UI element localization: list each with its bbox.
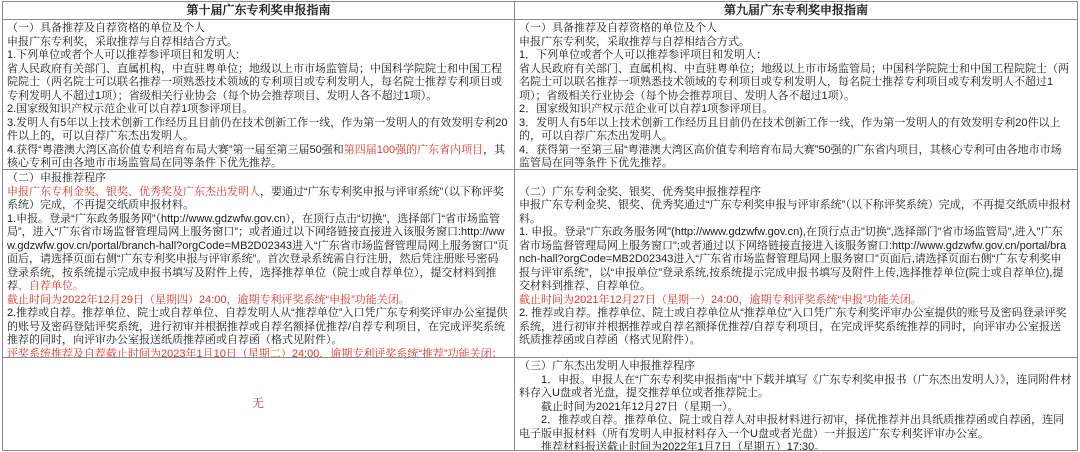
paragraph: 2. 推荐或自荐。推荐单位、院士或自荐单位从“推荐单位”入口凭广东专利奖评审办公… <box>519 307 1072 348</box>
body-text: 1.下列单位或者个人可以推荐参评项目和发明人: <box>7 49 239 61</box>
highlighted-text: 第四届100强的广东省内项目 <box>344 144 483 156</box>
paragraph <box>519 172 1072 186</box>
body-text: （二）申报推荐程序 <box>7 172 106 184</box>
body-text: 省人民政府有关部门、直属机构、中直驻粤单位；地级以上市市场监管局；中国科学院院士… <box>519 63 1069 102</box>
body-text: 4．获得第一至第三届“粤港澳大湾区高价值专利培育布局大赛”50强的广东省内项目，… <box>519 144 1062 170</box>
paragraph: 2.国家级知识产权示范企业可以自荐1项参评项目。 <box>7 103 509 117</box>
paragraph: 3．发明人有5年以上技术创新工作经历且目前仍在技术创新工作一线，作为第一发明人的… <box>519 117 1072 144</box>
paragraph: 申报广东专利金奖、银奖、优秀奖通过“广东专利奖申报与评审系统”（以下称评奖系统）… <box>519 199 1072 226</box>
comparison-table: 第十届广东专利奖申报指南 第九届广东专利奖申报指南 （一）具备推荐及自荐资格的单… <box>2 1 1078 451</box>
body-text: 4.获得“粤港澳大湾区高价值专利培育布局大赛”第一届至第三届50强和 <box>7 144 344 156</box>
paragraph: 推荐材料报送截止时间为2022年1月7日（星期五）17:30。 <box>519 441 1072 450</box>
paragraph: 4．获得第一至第三届“粤港澳大湾区高价值专利培育布局大赛”50强的广东省内项目，… <box>519 144 1072 170</box>
paragraph: 1.下列单位或者个人可以推荐参评项目和发明人: <box>7 49 509 63</box>
paragraph: 截止时间为2021年12月27日（星期一）。 <box>519 401 1072 415</box>
paragraph: 4.获得“粤港澳大湾区高价值专利培育布局大赛”第一届至第三届50强和第四届100… <box>7 144 509 170</box>
paragraph: 1.申报。登录“广东政务服务网”（http://www.gdzwfw.gov.c… <box>7 213 509 294</box>
body-text: （一）具备推荐及自荐资格的单位及个人 <box>519 22 717 34</box>
body-text: 省人民政府有关部门、直属机构，中直驻粤单位；地级以上市市场监管局；中国科学院院士… <box>7 63 502 102</box>
body-text: 1. 申报。登录"广东政务服务网"(http://www.gdzwfw.gov.… <box>519 226 1066 292</box>
paragraph: 1．申报。申报人在“广东专利奖申报指南”中下载并填写《广东专利奖申报书（广东杰出… <box>519 374 1072 401</box>
highlighted-text: 申报广东专利金奖、银奖、优秀奖及广东杰出发明人 <box>7 186 260 198</box>
highlighted-text: 评奖系统推荐及自荐截止时间为2023年1月10日（星期二）24:00，逾期专利评… <box>7 348 503 358</box>
paragraph: 无 <box>252 397 264 411</box>
paragraph: 2.推荐或自荐。推荐单位、院士或自荐单位、自荐发明人从“推荐单位”入口凭广东专利… <box>7 307 509 348</box>
body-text: （一）具备推荐及自荐资格的单位及个人 <box>7 22 205 34</box>
paragraph: 1．下列单位或者个人可以推荐参评项目和发明人： <box>519 49 1072 63</box>
left-section-inventor-procedure-empty: 无 <box>3 357 514 450</box>
body-text: 3．发明人有5年以上技术创新工作经历且目前仍在技术创新工作一线，作为第一发明人的… <box>519 117 1060 143</box>
right-section-inventor-procedure: （三）广东杰出发明人申报推荐程序1．申报。申报人在“广东专利奖申报指南”中下载并… <box>514 357 1077 450</box>
paragraph: 2．国家级知识产权示范企业可以自荐1项参评项目。 <box>519 103 1072 117</box>
paragraph: 1. 申报。登录"广东政务服务网"(http://www.gdzwfw.gov.… <box>519 226 1072 294</box>
paragraph: 3.发明人有5年以上技术创新工作经历且目前仍在技术创新工作一线，作为第一发明人的… <box>7 117 509 144</box>
body-text: 截止时间为2021年12月27日（星期一）。 <box>541 401 738 413</box>
body-text: （二）广东专利金奖、银奖、优秀奖申报推荐程序 <box>519 186 761 198</box>
body-text: 申报广东专利金奖、银奖、优秀奖通过“广东专利奖申报与评审系统”（以下称评奖系统）… <box>519 199 1071 225</box>
paragraph: 2．推荐或自荐。推荐单位、院士或自荐人对申报材料进行初审，择优推荐并出具纸质推荐… <box>519 414 1072 441</box>
left-column-title: 第十届广东专利奖申报指南 <box>3 2 514 19</box>
paragraph: 省人民政府有关部门、直属机构，中直驻粤单位；地级以上市市场监管局；中国科学院院士… <box>7 63 509 104</box>
left-section-eligibility: （一）具备推荐及自荐资格的单位及个人申报广东专利奖，采取推荐与自荐相结合方式。1… <box>3 19 514 169</box>
body-text: 2.推荐或自荐。推荐单位、院士或自荐单位、自荐发明人从“推荐单位”入口凭广东专利… <box>7 307 508 346</box>
paragraph: 申报广东专利奖，采取推荐与自荐相结合方式。 <box>7 36 509 50</box>
highlighted-text: 无 <box>252 396 264 410</box>
body-text: 推荐材料报送截止时间为2022年1月7日（星期五）17:30。 <box>541 441 825 450</box>
right-section-procedure: （二）广东专利金奖、银奖、优秀奖申报推荐程序申报广东专利金奖、银奖、优秀奖通过“… <box>514 169 1077 357</box>
paragraph: 申报广东专利奖，采取推荐与自荐相结合方式。 <box>519 36 1072 50</box>
paragraph: （一）具备推荐及自荐资格的单位及个人 <box>7 22 509 36</box>
body-text: 1．申报。申报人在“广东专利奖申报指南”中下载并填写《广东专利奖申报书（广东杰出… <box>519 374 1071 400</box>
highlighted-text: 截止时间为2021年12月27日（星期一）24:00，逾期专利评奖系统“申报”功… <box>519 294 922 306</box>
body-text: 3.发明人有5年以上技术创新工作经历且目前仍在技术创新工作一线，作为第一发明人的… <box>7 117 508 143</box>
paragraph: （二）申报推荐程序 <box>7 172 509 186</box>
highlighted-text: 截止时间为2022年12月29日（星期四）24:00，逾期专利评奖系统“申报”功… <box>7 294 410 306</box>
paragraph: 截止时间为2021年12月27日（星期一）24:00，逾期专利评奖系统“申报”功… <box>519 294 1072 308</box>
body-text: 2．国家级知识产权示范企业可以自荐1项参评项目。 <box>519 103 773 115</box>
paragraph <box>519 348 1072 358</box>
body-text: 申报广东专利奖，采取推荐与自荐相结合方式。 <box>7 36 238 48</box>
paragraph: （二）广东专利金奖、银奖、优秀奖申报推荐程序 <box>519 186 1072 200</box>
paragraph: （三）广东杰出发明人申报推荐程序 <box>519 360 1072 374</box>
right-column-title: 第九届广东专利奖申报指南 <box>514 2 1077 19</box>
body-text: 申报广东专利奖，采取推荐与自荐相结合方式。 <box>519 36 750 48</box>
body-text: 2. 推荐或自荐。推荐单位、院士或自荐单位从“推荐单位”入口凭广东专利奖评审办公… <box>519 307 1067 346</box>
right-section-eligibility: （一）具备推荐及自荐资格的单位及个人申报广东专利奖，采取推荐与自荐相结合方式。1… <box>514 19 1077 169</box>
paragraph: 省人民政府有关部门、直属机构、中直驻粤单位；地级以上市市场监管局；中国科学院院士… <box>519 63 1072 104</box>
paragraph: （一）具备推荐及自荐资格的单位及个人 <box>519 22 1072 36</box>
body-text: 2．推荐或自荐。推荐单位、院士或自荐人对申报材料进行初审，择优推荐并出具纸质推荐… <box>519 414 1064 440</box>
body-text: 2.国家级知识产权示范企业可以自荐1项参评项目。 <box>7 103 253 115</box>
body-text: （三）广东杰出发明人申报推荐程序 <box>519 360 695 372</box>
body-text: 1．下列单位或者个人可以推荐参评项目和发明人： <box>519 49 767 61</box>
paragraph: 评奖系统推荐及自荐截止时间为2023年1月10日（星期二）24:00，逾期专利评… <box>7 348 509 358</box>
left-section-procedure: （二）申报推荐程序申报广东专利金奖、银奖、优秀奖及广东杰出发明人，要通过“广东专… <box>3 169 514 357</box>
highlighted-text: 、自荐单位。 <box>18 280 84 292</box>
paragraph: 申报广东专利金奖、银奖、优秀奖及广东杰出发明人，要通过“广东专利奖申报与评审系统… <box>7 186 509 213</box>
paragraph: 截止时间为2022年12月29日（星期四）24:00，逾期专利评奖系统“申报”功… <box>7 294 509 308</box>
